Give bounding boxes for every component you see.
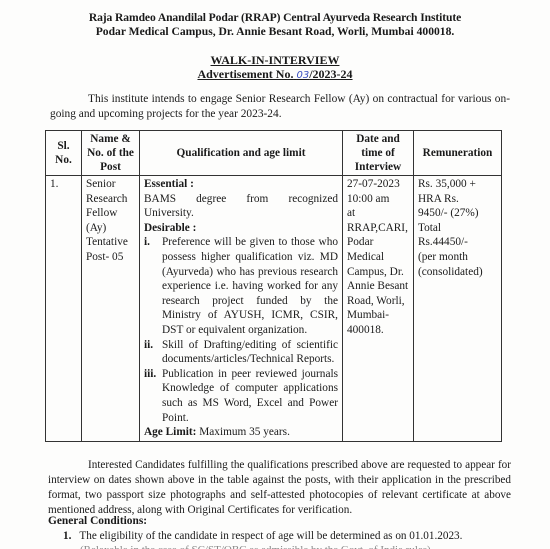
intro-paragraph: This institute intends to engage Senior … xyxy=(50,92,510,122)
condition-partial-line: (Relaxable in the case of SC/ST/OBC as a… xyxy=(80,544,431,549)
header-sl-no: Sl. No. xyxy=(46,131,82,176)
document-title: WALK-IN-INTERVIEW xyxy=(0,53,550,68)
remuneration-line: Rs.44450/- xyxy=(418,235,497,250)
condition-item: 1.The eligibility of the candidate in re… xyxy=(63,530,462,542)
item-text: Publication in peer reviewed journals Kn… xyxy=(162,367,338,425)
advertisement-prefix: Advertisement No. xyxy=(197,67,293,81)
general-conditions-heading: General Conditions: xyxy=(48,515,147,527)
age-value: Maximum 35 years. xyxy=(196,426,290,438)
essential-label: Essential : xyxy=(144,178,194,190)
interview-line: Road, Worli, xyxy=(347,294,409,309)
remuneration-line: (per month xyxy=(418,250,497,265)
essential-text: BAMS degree from recognized University. xyxy=(144,192,338,221)
item-number: iii. xyxy=(144,367,162,425)
cell-post: SeniorResearchFellow(Ay)TentativePost- 0… xyxy=(82,176,140,442)
remuneration-line: Total xyxy=(418,221,497,236)
header-interview: Date and time of Interview xyxy=(343,131,414,176)
intro-text: This institute intends to engage Senior … xyxy=(50,93,510,120)
post-line: Tentative xyxy=(86,235,135,250)
interview-line: Annie Besant xyxy=(347,279,409,294)
interview-line: 10:00 am xyxy=(347,192,409,207)
instructions-paragraph: Interested Candidates fulfilling the qua… xyxy=(48,458,511,518)
age-label: Age Limit: xyxy=(144,426,196,438)
interview-line: Mumbai- xyxy=(347,308,409,323)
post-line: Research xyxy=(86,192,135,207)
cell-interview: 27-07-202310:00 amatRRAP,CARI,PodarMedic… xyxy=(343,176,414,442)
cell-qualification: Essential : BAMS degree from recognized … xyxy=(140,176,343,442)
table-row: 1. SeniorResearchFellow(Ay)TentativePost… xyxy=(46,176,502,442)
item-text: Preference will be given to those who po… xyxy=(162,235,338,337)
desirable-item: ii.Skill of Drafting/editing of scientif… xyxy=(144,338,338,367)
age-limit: Age Limit: Maximum 35 years. xyxy=(144,425,338,440)
table-header-row: Sl. No. Name & No. of the Post Qualifica… xyxy=(46,131,502,176)
post-line: (Ay) xyxy=(86,221,135,236)
item-number: i. xyxy=(144,235,162,337)
remuneration-line: 9450/- (27%) xyxy=(418,206,497,221)
condition-text: The eligibility of the candidate in resp… xyxy=(79,530,462,542)
item-text: Skill of Drafting/editing of scientific … xyxy=(162,338,338,367)
remuneration-line: (consolidated) xyxy=(418,265,497,280)
condition-number: 1. xyxy=(63,530,71,542)
remuneration-line: Rs. 35,000 + xyxy=(418,177,497,192)
interview-line: Podar xyxy=(347,235,409,250)
desirable-item: i.Preference will be given to those who … xyxy=(144,235,338,337)
interview-line: 400018. xyxy=(347,323,409,338)
handwritten-number: 03 xyxy=(296,70,309,81)
remuneration-line: HRA Rs. xyxy=(418,192,497,207)
interview-line: RRAP,CARI, xyxy=(347,221,409,236)
cell-remuneration: Rs. 35,000 +HRA Rs.9450/- (27%)TotalRs.4… xyxy=(414,176,502,442)
interview-line: Medical xyxy=(347,250,409,265)
desirable-label: Desirable : xyxy=(144,222,196,234)
vacancy-table: Sl. No. Name & No. of the Post Qualifica… xyxy=(45,130,502,442)
advertisement-suffix: /2023-24 xyxy=(309,67,352,81)
desirable-item: iii.Publication in peer reviewed journal… xyxy=(144,367,338,425)
item-number: ii. xyxy=(144,338,162,367)
header-post: Name & No. of the Post xyxy=(82,131,140,176)
advertisement-number: Advertisement No. 03/2023-24 xyxy=(0,67,550,82)
institute-address: Podar Medical Campus, Dr. Annie Besant R… xyxy=(0,25,550,38)
interview-line: Campus, Dr. xyxy=(347,265,409,280)
header-remuneration: Remuneration xyxy=(414,131,502,176)
post-line: Post- 05 xyxy=(86,250,135,265)
post-line: Fellow xyxy=(86,206,135,221)
cell-sl-no: 1. xyxy=(46,176,82,442)
interview-line: at xyxy=(347,206,409,221)
institute-name: Raja Ramdeo Anandilal Podar (RRAP) Centr… xyxy=(0,11,550,24)
interview-line: 27-07-2023 xyxy=(347,177,409,192)
post-line: Senior xyxy=(86,177,135,192)
header-qualification: Qualification and age limit xyxy=(140,131,343,176)
instructions-text: Interested Candidates fulfilling the qua… xyxy=(48,459,511,516)
